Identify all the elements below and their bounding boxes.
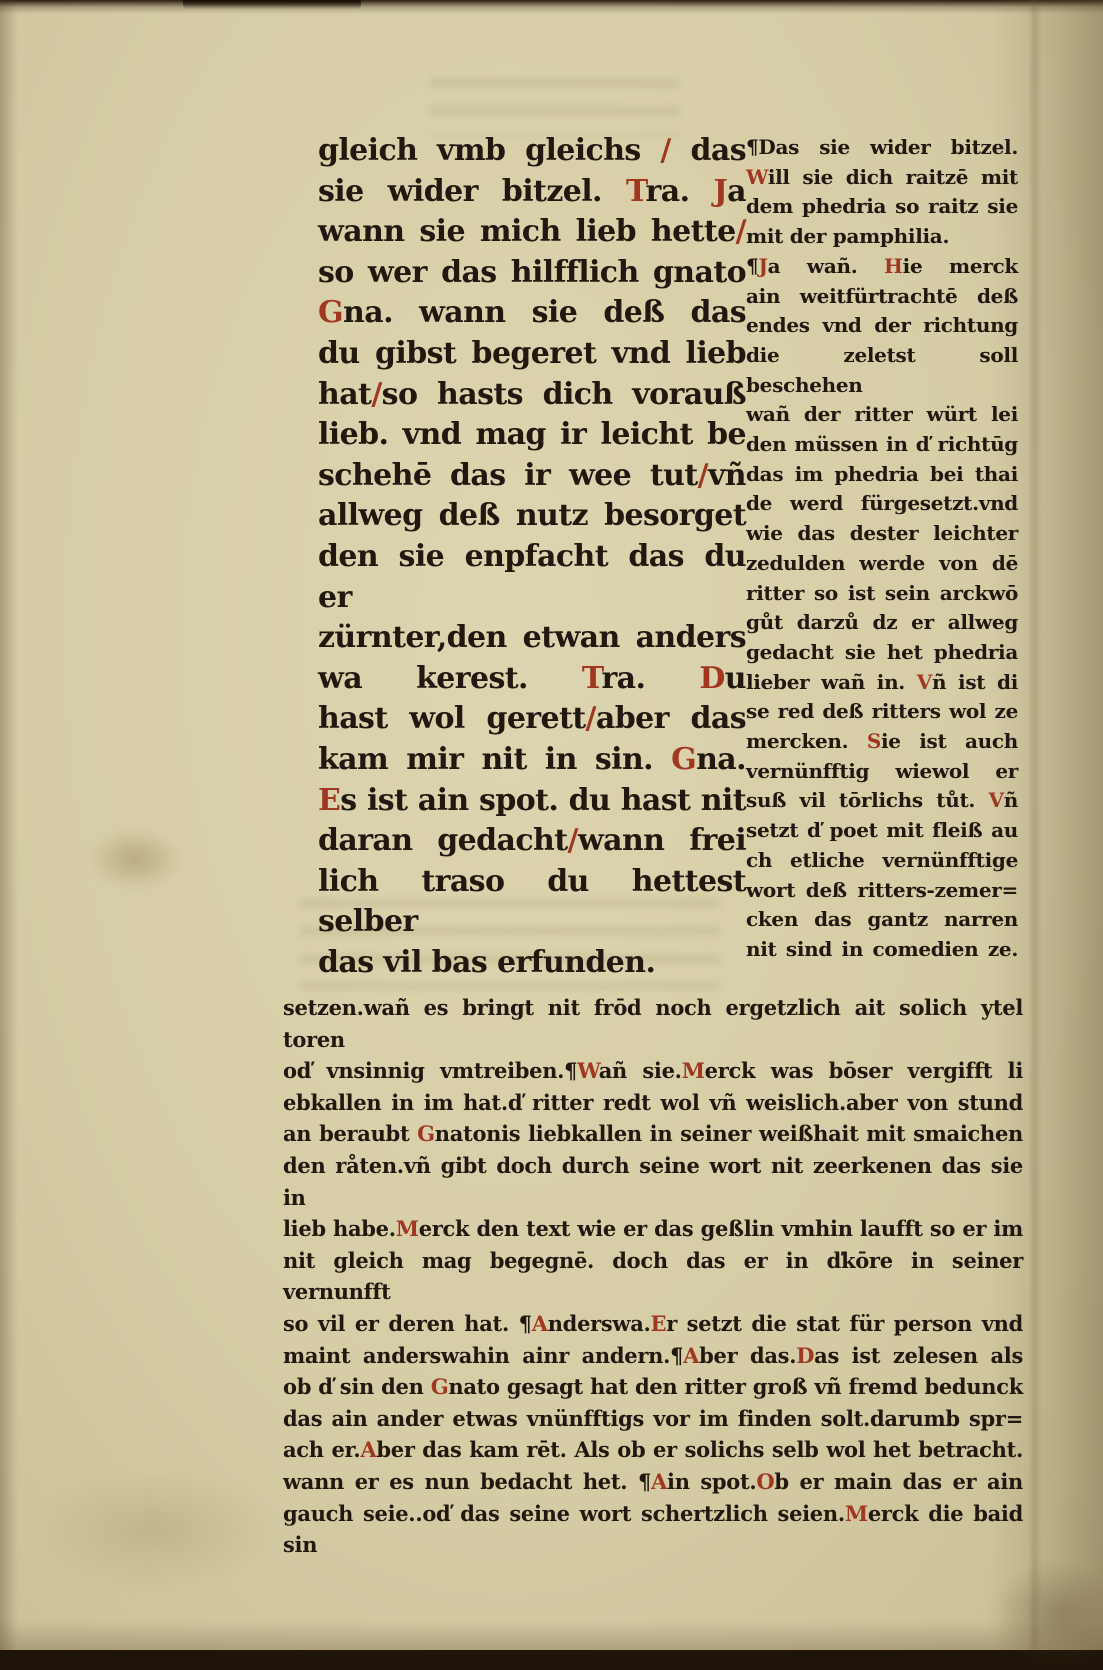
text-segment: setzt ď poet mit fleiß au bbox=[746, 818, 1018, 842]
rubricated-text: J bbox=[758, 254, 767, 278]
text-segment: lieb habe. bbox=[283, 1216, 396, 1241]
rubricated-text: / bbox=[586, 701, 596, 736]
text-line: gleich vmb gleichs / das bbox=[318, 131, 746, 172]
text-segment: erck was bōser vergifft li bbox=[705, 1058, 1023, 1083]
text-line: ain weitfürtrachtē deß bbox=[746, 282, 1018, 312]
text-segment: ber das kam rēt. Als ob er solichs selb … bbox=[376, 1437, 1023, 1462]
text-segment: a bbox=[727, 174, 746, 209]
text-segment: nit sind in comedien ze. bbox=[746, 937, 1018, 961]
text-segment: so hasts dich vorauß bbox=[382, 377, 746, 412]
rubricated-text: A bbox=[532, 1311, 548, 1336]
text-line: endes vnd der richtung bbox=[746, 311, 1018, 341]
ink-bleedthrough-top bbox=[430, 78, 680, 136]
rubricated-text: V bbox=[989, 788, 1004, 812]
text-line: de werd fürgesetzt.vnd bbox=[746, 489, 1018, 519]
text-segment: mercken. bbox=[746, 729, 867, 753]
rubricated-text: D bbox=[796, 1343, 814, 1368]
text-segment: s ist ain spot. du hast nit bbox=[340, 783, 746, 818]
text-line: setzt ď poet mit fleiß au bbox=[746, 816, 1018, 846]
text-line: mercken. Sie ist auch bbox=[746, 727, 1018, 757]
text-segment: wann sie mich lieb hette bbox=[318, 214, 736, 249]
text-line: wort deß ritters-zemer= bbox=[746, 876, 1018, 906]
text-line: die zeletst soll beschehen bbox=[746, 341, 1018, 400]
text-segment: lich traso du hettest selber bbox=[318, 864, 746, 940]
page-corner-shadow bbox=[990, 1560, 1103, 1650]
text-segment: wie das dester leichter bbox=[746, 521, 1018, 545]
text-segment: wort deß ritters-zemer= bbox=[746, 878, 1018, 902]
text-line: zürnter,den etwan anders bbox=[318, 618, 746, 659]
text-line: ¶Ja wañ. Hie merck bbox=[746, 252, 1018, 282]
rubricated-text: H bbox=[884, 254, 903, 278]
text-segment: ñ bbox=[1004, 788, 1018, 812]
text-line: zedulden werde von dē bbox=[746, 549, 1018, 579]
text-segment: a wañ. bbox=[768, 254, 884, 278]
text-line: wann er es nun bedacht het. ¶Ain spot.Ob… bbox=[283, 1466, 1023, 1498]
text-line: ¶Das sie wider bitzel. bbox=[746, 133, 1018, 163]
text-line: ebkallen in im hat.ď ritter redt wol vñ … bbox=[283, 1087, 1023, 1119]
text-segment: ob ď sin den bbox=[283, 1374, 431, 1399]
text-line: Will sie dich raitzē mit bbox=[746, 163, 1018, 193]
text-line: das vil bas erfunden. bbox=[318, 943, 746, 984]
text-line: ritter so ist sein arckwō bbox=[746, 579, 1018, 609]
text-line: wa kerest. Tra. Du bbox=[318, 659, 746, 700]
book-page: gleich vmb gleichs / dassie wider bitzel… bbox=[0, 0, 1103, 1650]
rubricated-text: O bbox=[756, 1469, 774, 1494]
text-line: lieb habe.Merck den text wie er das geßl… bbox=[283, 1213, 1023, 1245]
text-segment: den sie enpfacht das du er bbox=[318, 539, 746, 615]
text-segment: lieb. vnd mag ir leicht be bbox=[318, 417, 746, 452]
text-segment: ach er. bbox=[283, 1437, 360, 1462]
text-line: mit der pamphilia. bbox=[746, 222, 1018, 252]
text-line: gůt darzů dz er allweg bbox=[746, 608, 1018, 638]
rubricated-text: / bbox=[371, 377, 381, 412]
text-line: gedacht sie het phedria bbox=[746, 638, 1018, 668]
text-line: schehē das ir wee tut/vñ bbox=[318, 456, 746, 497]
rubricated-text: / bbox=[698, 458, 708, 493]
text-segment: ebkallen in im hat.ď ritter redt wol vñ … bbox=[283, 1090, 1023, 1115]
text-line: kam mir nit in sin. Gna. bbox=[318, 740, 746, 781]
text-segment: die zeletst soll beschehen bbox=[746, 343, 1018, 397]
text-segment: endes vnd der richtung bbox=[746, 313, 1018, 337]
text-segment: ñ ist di bbox=[932, 670, 1018, 694]
text-line: maint anderswahin ainr andern.¶Aber das.… bbox=[283, 1340, 1023, 1372]
text-line: cken das gantz narren bbox=[746, 905, 1018, 935]
text-line: nit sind in comedien ze. bbox=[746, 935, 1018, 965]
text-segment: nato gesagt hat den ritter groß vñ fremd… bbox=[448, 1374, 1023, 1399]
text-line: hat/so hasts dich vorauß bbox=[318, 375, 746, 416]
text-segment: b er main das er ain bbox=[774, 1469, 1023, 1494]
text-segment: ch etliche vernünfftige bbox=[746, 848, 1018, 872]
text-segment: zürnter,den etwan anders bbox=[318, 620, 746, 655]
rubricated-text: / bbox=[660, 133, 670, 168]
text-segment: r setzt die stat für person vnd bbox=[666, 1311, 1023, 1336]
text-segment: añ sie. bbox=[599, 1058, 682, 1083]
text-segment: nderswa. bbox=[548, 1311, 651, 1336]
text-segment: schehē das ir wee tut bbox=[318, 458, 698, 493]
rubricated-text: A bbox=[683, 1343, 699, 1368]
rubricated-text: / bbox=[568, 823, 578, 858]
text-segment: in spot. bbox=[667, 1469, 756, 1494]
text-segment: allweg deß nutz besorget bbox=[318, 498, 746, 533]
text-line: setzen.wañ es bringt nit frōd noch erget… bbox=[283, 992, 1023, 1055]
text-segment: se red deß ritters wol ze bbox=[746, 699, 1018, 723]
text-segment: lieber wañ in. bbox=[746, 670, 917, 694]
text-line: das im phedria bei thai bbox=[746, 460, 1018, 490]
text-line: den müssen in ď richtūg bbox=[746, 430, 1018, 460]
text-line: oď vnsinnig vmtreiben.¶Wañ sie.Merck was… bbox=[283, 1055, 1023, 1087]
text-line: vernünfftig wiewol er bbox=[746, 757, 1018, 787]
text-line: lieb. vnd mag ir leicht be bbox=[318, 415, 746, 456]
text-segment: maint anderswahin ainr andern.¶ bbox=[283, 1343, 683, 1368]
text-segment: an beraubt bbox=[283, 1121, 417, 1146]
commentary-side-column: ¶Das sie wider bitzel.Will sie dich rait… bbox=[746, 133, 1018, 943]
text-segment: ie ist auch bbox=[881, 729, 1018, 753]
text-segment: nit gleich mag begegnē. doch das er in ď… bbox=[283, 1248, 1023, 1305]
rubricated-text: E bbox=[318, 783, 340, 818]
text-line: wann sie mich lieb hette/ bbox=[318, 212, 746, 253]
text-segment: daran gedacht bbox=[318, 823, 568, 858]
text-segment: so wer das hilfflich gnato bbox=[318, 255, 746, 290]
text-segment: das ain ander etwas vnünfftigs vor im fi… bbox=[283, 1406, 1023, 1431]
text-segment: so vil er deren hat. ¶ bbox=[283, 1311, 532, 1336]
rubricated-text: G bbox=[431, 1374, 449, 1399]
rubricated-text: D bbox=[699, 661, 724, 696]
page-fold-line bbox=[1028, 0, 1042, 1650]
rubricated-text: M bbox=[682, 1058, 705, 1083]
text-segment: u bbox=[725, 661, 746, 696]
text-segment: den müssen in ď richtūg bbox=[746, 432, 1018, 456]
text-line: ch etliche vernünfftige bbox=[746, 846, 1018, 876]
rubricated-text: G bbox=[671, 742, 696, 777]
text-line: so vil er deren hat. ¶Anderswa.Er setzt … bbox=[283, 1308, 1023, 1340]
rubricated-text: M bbox=[845, 1501, 868, 1526]
text-segment: ¶Das sie wider bitzel. bbox=[746, 135, 1018, 159]
text-segment: vernünfftig wiewol er bbox=[746, 759, 1018, 783]
text-segment: hat bbox=[318, 377, 371, 412]
text-segment: gůt darzů dz er allweg bbox=[746, 610, 1018, 634]
text-segment: na. wann sie deß das bbox=[343, 295, 746, 330]
text-segment: den råten.vñ gibt doch durch seine wort … bbox=[283, 1153, 1023, 1210]
text-segment: ra. bbox=[601, 661, 699, 696]
text-segment: das im phedria bei thai bbox=[746, 462, 1018, 486]
rubricated-text: G bbox=[417, 1121, 435, 1146]
text-segment: as ist zelesen als bbox=[814, 1343, 1023, 1368]
text-segment: sie wider bitzel. bbox=[318, 174, 626, 209]
rubricated-text: W bbox=[746, 165, 768, 189]
main-text-column: gleich vmb gleichs / dassie wider bitzel… bbox=[318, 131, 746, 911]
rubricated-text: A bbox=[651, 1469, 667, 1494]
page-top-edge-shadow bbox=[183, 0, 361, 9]
text-line: ach er.Aber das kam rēt. Als ob er solic… bbox=[283, 1434, 1023, 1466]
text-segment: du gibst begeret vnd lieb bbox=[318, 336, 746, 371]
text-segment: zedulden werde von dē bbox=[746, 551, 1018, 575]
paper-stain-bottom-left bbox=[40, 1470, 270, 1590]
text-segment: ber das. bbox=[699, 1343, 796, 1368]
rubricated-text: V bbox=[917, 670, 932, 694]
text-segment: na. bbox=[696, 742, 746, 777]
text-line: dem phedria so raitz sie bbox=[746, 192, 1018, 222]
text-segment: ie merck bbox=[903, 254, 1018, 278]
text-line: allweg deß nutz besorget bbox=[318, 496, 746, 537]
text-segment: suß vil tōrlichs tůt. bbox=[746, 788, 989, 812]
text-segment: wann frei bbox=[578, 823, 746, 858]
text-segment: natonis liebkallen in seiner weißhait mi… bbox=[435, 1121, 1023, 1146]
text-line: gauch seie..oď das seine wort schertzlic… bbox=[283, 1498, 1023, 1561]
text-segment: wa kerest. bbox=[318, 661, 582, 696]
text-line: lich traso du hettest selber bbox=[318, 862, 746, 943]
rubricated-text: S bbox=[867, 729, 881, 753]
text-line: hast wol gerett/aber das bbox=[318, 699, 746, 740]
text-line: ob ď sin den Gnato gesagt hat den ritter… bbox=[283, 1371, 1023, 1403]
rubricated-text: J bbox=[714, 174, 728, 209]
commentary-bottom-block: setzen.wañ es bringt nit frōd noch erget… bbox=[283, 992, 1023, 1442]
text-line: wañ der ritter würt lei bbox=[746, 400, 1018, 430]
text-segment: de werd fürgesetzt.vnd bbox=[746, 491, 1018, 515]
text-line: an beraubt Gnatonis liebkallen in seiner… bbox=[283, 1118, 1023, 1150]
text-line: den sie enpfacht das du er bbox=[318, 537, 746, 618]
text-segment: gleich vmb gleichs bbox=[318, 133, 660, 168]
text-line: den råten.vñ gibt doch durch seine wort … bbox=[283, 1150, 1023, 1213]
text-line: du gibst begeret vnd lieb bbox=[318, 334, 746, 375]
text-segment: ritter so ist sein arckwō bbox=[746, 581, 1018, 605]
text-segment: vñ bbox=[708, 458, 746, 493]
text-segment: mit der pamphilia. bbox=[746, 224, 949, 248]
text-segment: setzen.wañ es bringt nit frōd noch erget… bbox=[283, 995, 1023, 1052]
rubricated-text: / bbox=[736, 214, 746, 249]
rubricated-text: T bbox=[626, 174, 646, 209]
rubricated-text: W bbox=[577, 1058, 598, 1083]
text-line: nit gleich mag begegnē. doch das er in ď… bbox=[283, 1245, 1023, 1308]
text-segment: gauch seie..oď das seine wort schertzlic… bbox=[283, 1501, 845, 1526]
rubricated-text: E bbox=[651, 1311, 667, 1336]
text-line: se red deß ritters wol ze bbox=[746, 697, 1018, 727]
text-segment: das bbox=[671, 133, 746, 168]
text-line: das ain ander etwas vnünfftigs vor im fi… bbox=[283, 1403, 1023, 1435]
rubricated-text: M bbox=[396, 1216, 419, 1241]
text-line: daran gedacht/wann frei bbox=[318, 821, 746, 862]
text-segment: das vil bas erfunden. bbox=[318, 945, 655, 980]
text-segment: dem phedria so raitz sie bbox=[746, 194, 1018, 218]
text-line: so wer das hilfflich gnato bbox=[318, 253, 746, 294]
text-line: suß vil tōrlichs tůt. Vñ bbox=[746, 786, 1018, 816]
text-line: sie wider bitzel. Tra. Ja bbox=[318, 172, 746, 213]
text-segment: wann er es nun bedacht het. ¶ bbox=[283, 1469, 651, 1494]
rubricated-text: A bbox=[360, 1437, 376, 1462]
text-segment: ra. bbox=[646, 174, 714, 209]
text-line: wie das dester leichter bbox=[746, 519, 1018, 549]
text-line: Es ist ain spot. du hast nit bbox=[318, 781, 746, 822]
text-segment: hast wol gerett bbox=[318, 701, 586, 736]
text-segment: cken das gantz narren bbox=[746, 907, 1018, 931]
text-segment: aber das bbox=[596, 701, 746, 736]
text-line: lieber wañ in. Vñ ist di bbox=[746, 668, 1018, 698]
text-segment: oď vnsinnig vmtreiben.¶ bbox=[283, 1058, 577, 1083]
text-segment: kam mir nit in sin. bbox=[318, 742, 671, 777]
text-segment: erck den text wie er das geßlin vmhin la… bbox=[419, 1216, 1023, 1241]
text-segment: ill sie dich raitzē mit bbox=[768, 165, 1018, 189]
text-line: Gna. wann sie deß das bbox=[318, 293, 746, 334]
text-segment: gedacht sie het phedria bbox=[746, 640, 1018, 664]
paper-stain-left bbox=[88, 828, 183, 890]
text-segment: ain weitfürtrachtē deß bbox=[746, 284, 1018, 308]
text-segment: ¶ bbox=[746, 254, 758, 278]
rubricated-text: G bbox=[318, 295, 343, 330]
rubricated-text: T bbox=[582, 661, 602, 696]
text-segment: wañ der ritter würt lei bbox=[746, 402, 1018, 426]
